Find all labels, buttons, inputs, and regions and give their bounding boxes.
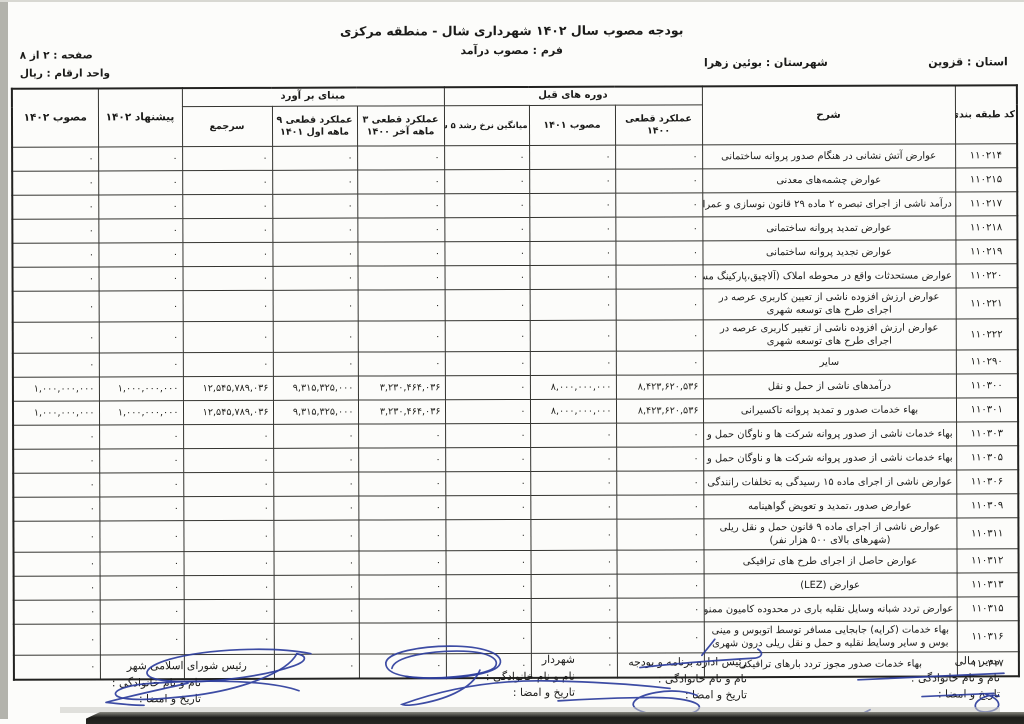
value-cell-actual-9m: ۰ xyxy=(272,242,357,266)
value-cell-actual-9m: ۰ xyxy=(273,496,358,520)
value-cell-actual-3m: ۰ xyxy=(358,448,445,472)
code-cell: ۱۱۰۳۰۱ xyxy=(956,398,1018,422)
value-cell-approved-1402: ۱,۰۰۰,۰۰۰,۰۰۰ xyxy=(13,377,99,401)
value-cell-proposed-1402: ۰ xyxy=(100,576,184,600)
table-row: ۱۱۰۳۰۵ بهاء خدمات ناشی از صدور پروانه شر… xyxy=(13,446,1018,474)
description-cell: عوارض صدور ،تمدید و تعویض گواهینامه xyxy=(703,494,956,519)
value-cell-approved-1402: ۰ xyxy=(12,243,98,267)
value-cell-approved-1401: ۰ xyxy=(529,241,615,265)
value-cell-actual-3m: ۰ xyxy=(359,551,446,575)
value-cell-avg-growth: ۰ xyxy=(445,495,530,519)
value-cell-actual-3m: ۰ xyxy=(358,352,445,376)
description-cell: عوارض ناشی از اجرای ماده ۱۵ رسیدگی به تخ… xyxy=(703,470,956,495)
value-cell-actual-1400: ۰ xyxy=(615,145,702,169)
value-cell-actual-1400: ۰ xyxy=(616,495,703,519)
date-signature-label: تاریخ و امضا : xyxy=(911,686,1000,703)
value-cell-avg-growth: ۰ xyxy=(444,145,529,169)
value-cell-approved-1402: ۰ xyxy=(13,497,99,521)
header-approved-1402: مصوب ۱۴۰۲ xyxy=(12,88,98,147)
value-cell-avg-growth: ۰ xyxy=(445,289,530,320)
value-cell-approved-1402: ۰ xyxy=(13,449,99,473)
value-cell-approved-1402: ۰ xyxy=(14,576,100,600)
page-title: بودجه مصوب سال ۱۴۰۲ شهرداری شال - منطقه … xyxy=(0,21,1024,40)
value-cell-actual-3m: ۰ xyxy=(358,496,445,520)
value-cell-approved-1402: ۰ xyxy=(12,147,98,171)
value-cell-avg-growth: ۰ xyxy=(445,447,530,471)
value-cell-actual-1400: ۰ xyxy=(617,598,704,622)
scanned-budget-page: بودجه مصوب سال ۱۴۰۲ شهرداری شال - منطقه … xyxy=(0,0,1024,724)
table-row: ۱۱۰۳۱۱ عوارض ناشی از اجرای ماده ۹ قانون … xyxy=(13,518,1018,553)
description-cell: درآمدهای ناشی از حمل و نقل xyxy=(703,374,956,399)
value-cell-actual-9m: ۰ xyxy=(272,146,357,170)
header-code: کد طبقه بندی xyxy=(955,85,1017,144)
value-cell-actual-9m: ۰ xyxy=(273,424,358,448)
value-cell-total: ۰ xyxy=(184,575,274,599)
value-cell-proposed-1402: ۰ xyxy=(100,552,184,576)
value-cell-avg-growth: ۰ xyxy=(445,423,530,447)
value-cell-avg-growth: ۰ xyxy=(446,598,531,622)
value-cell-approved-1401: ۰ xyxy=(530,495,616,519)
value-cell-approved-1401: ۰ xyxy=(530,471,616,495)
value-cell-proposed-1402: ۱,۰۰۰,۰۰۰,۰۰۰ xyxy=(99,377,183,401)
value-cell-approved-1402: ۰ xyxy=(13,473,99,497)
value-cell-proposed-1402: ۰ xyxy=(99,353,183,377)
code-cell: ۱۱۰۲۱۷ xyxy=(955,192,1017,216)
table-row: ۱۱۰۳۰۱ بهاء خدمات صدور و تمدید پروانه تا… xyxy=(13,398,1018,426)
value-cell-actual-3m: ۰ xyxy=(357,146,444,170)
code-cell: ۱۱۰۳۰۵ xyxy=(956,446,1018,470)
value-cell-total: ۰ xyxy=(183,496,273,520)
value-cell-total: ۰ xyxy=(184,599,274,623)
page-number: صفحه : ۲ از ۸ xyxy=(20,49,93,61)
value-cell-total: ۰ xyxy=(183,472,273,496)
value-cell-actual-9m: ۰ xyxy=(272,170,357,194)
value-cell-actual-3m: ۳,۲۳۰,۴۶۴,۰۳۶ xyxy=(358,400,445,424)
value-cell-actual-3m: ۰ xyxy=(357,218,444,242)
header-total: سرجمع xyxy=(182,106,272,146)
value-cell-approved-1402: ۰ xyxy=(12,219,98,243)
value-cell-proposed-1402: ۰ xyxy=(100,624,184,655)
description-cell: عوارض تمدید پروانه ساختمانی xyxy=(702,216,955,241)
form-label: فرم : مصوب درآمد xyxy=(0,42,1024,59)
value-cell-approved-1401: ۰ xyxy=(531,550,617,574)
table-row: ۱۱۰۲۲۱ عوارض ارزش افزوده ناشی از تعیین ک… xyxy=(13,288,1018,323)
value-cell-approved-1402: ۰ xyxy=(14,552,100,576)
signature-title: رئیس اداره برنامه و بودجه xyxy=(628,654,747,671)
value-cell-actual-1400: ۰ xyxy=(616,351,703,375)
signature-block-council-head: رئیس شورای اسلامی شهر نام و نام خانوادگی… xyxy=(112,658,247,708)
value-cell-total: ۰ xyxy=(182,170,272,194)
table-row: ۱۱۰۲۱۷ درآمد ناشی از اجرای تبصره ۲ ماده … xyxy=(12,192,1017,220)
description-cell: عوارض ارزش افزوده ناشی از تعیین کاربری ع… xyxy=(703,288,956,320)
table-row: ۱۱۰۳۱۲ عوارض حاصل از اجرای طرح های ترافی… xyxy=(14,549,1019,577)
value-cell-actual-3m: ۰ xyxy=(357,170,444,194)
value-cell-avg-growth: ۰ xyxy=(445,320,530,351)
value-cell-proposed-1402: ۰ xyxy=(99,322,183,353)
value-cell-avg-growth: ۰ xyxy=(444,217,529,241)
value-cell-approved-1402: ۰ xyxy=(13,291,99,322)
value-cell-proposed-1402: ۰ xyxy=(99,473,183,497)
value-cell-proposed-1402: ۰ xyxy=(98,171,182,195)
code-cell: ۱۱۰۲۱۸ xyxy=(955,216,1017,240)
value-cell-avg-growth: ۰ xyxy=(446,550,531,574)
description-cell: درآمد ناشی از اجرای تبصره ۲ ماده ۲۹ قانو… xyxy=(702,192,955,217)
date-signature-label: تاریخ و امضا : xyxy=(112,691,201,708)
value-cell-approved-1402: ۱,۰۰۰,۰۰۰,۰۰۰ xyxy=(13,401,99,425)
value-cell-approved-1401: ۰ xyxy=(529,193,615,217)
value-cell-proposed-1402: ۰ xyxy=(99,521,183,552)
value-cell-approved-1402: ۰ xyxy=(14,600,100,624)
scan-edge-left xyxy=(0,0,8,719)
value-cell-avg-growth: ۰ xyxy=(446,574,531,598)
value-cell-total: ۰ xyxy=(182,194,272,218)
value-cell-approved-1401: ۰ xyxy=(530,423,616,447)
value-cell-actual-9m: ۰ xyxy=(273,321,358,352)
value-cell-approved-1401: ۰ xyxy=(530,447,616,471)
value-cell-proposed-1402: ۰ xyxy=(99,449,183,473)
value-cell-avg-growth: ۰ xyxy=(445,351,530,375)
description-cell: عوارض ناشی از اجرای ماده ۹ قانون حمل و ن… xyxy=(703,518,956,550)
name-label: نام و نام خانوادگی : xyxy=(486,668,575,685)
table-row: ۱۱۰۳۱۳ عوارض (LEZ) ۰ ۰ ۰ ۰ ۰ ۰ ۰ ۰ xyxy=(14,573,1019,601)
value-cell-proposed-1402: ۰ xyxy=(98,195,182,219)
code-cell: ۱۱۰۳۱۶ xyxy=(957,621,1019,652)
value-cell-actual-3m: ۰ xyxy=(359,575,446,599)
value-cell-proposed-1402: ۰ xyxy=(98,147,182,171)
value-cell-actual-3m: ۰ xyxy=(357,194,444,218)
county-label: شهرستان : بوئین زهرا xyxy=(704,56,828,69)
table-row: ۱۱۰۲۲۰ عوارض مستحدثات واقع در محوطه املا… xyxy=(13,264,1018,292)
value-cell-actual-3m: ۰ xyxy=(358,424,445,448)
document-content: بودجه مصوب سال ۱۴۰۲ شهرداری شال - منطقه … xyxy=(0,0,1024,724)
value-cell-total: ۰ xyxy=(183,352,273,376)
value-cell-actual-9m: ۰ xyxy=(272,218,357,242)
value-cell-total: ۱۲,۵۴۵,۷۸۹,۰۳۶ xyxy=(183,400,273,424)
value-cell-proposed-1402: ۰ xyxy=(98,243,182,267)
table-row: ۱۱۰۲۱۵ عوارض چشمه‌های معدنی ۰ ۰ ۰ ۰ ۰ ۰ … xyxy=(12,168,1017,196)
value-cell-approved-1401: ۰ xyxy=(529,217,615,241)
scan-edge-bottom xyxy=(86,712,1024,724)
code-cell: ۱۱۰۳۰۶ xyxy=(956,470,1018,494)
description-cell: عوارض حاصل از اجرای طرح های ترافیکی xyxy=(704,549,957,574)
value-cell-actual-1400: ۰ xyxy=(616,519,703,550)
value-cell-actual-3m: ۰ xyxy=(358,266,445,290)
code-cell: ۱۱۰۲۱۵ xyxy=(955,168,1017,192)
table-row: ۱۱۰۲۱۴ عوارض آتش نشانی در هنگام صدور پرو… xyxy=(12,144,1017,172)
description-cell: عوارض مستحدثات واقع در محوطه املاک (آلاچ… xyxy=(703,264,956,289)
description-cell: بهاء خدمات (کرایه) جابجایی مسافر توسط ات… xyxy=(704,621,957,653)
value-cell-actual-1400: ۰ xyxy=(617,622,704,653)
value-cell-approved-1401: ۰ xyxy=(529,145,615,169)
code-cell: ۱۱۰۲۱۴ xyxy=(955,144,1017,168)
date-signature-label: تاریخ و امضا : xyxy=(628,687,747,704)
table-row: ۱۱۰۲۲۲ عوارض ارزش افزوده ناشی از تغییر ک… xyxy=(13,319,1018,354)
value-cell-total: ۰ xyxy=(183,448,273,472)
signature-title: مدیر مالی xyxy=(911,653,1000,670)
value-cell-proposed-1402: ۰ xyxy=(99,497,183,521)
value-cell-actual-9m: ۰ xyxy=(274,623,359,654)
table-row: ۱۱۰۳۰۹ عوارض صدور ،تمدید و تعویض گواهینا… xyxy=(13,494,1018,522)
value-cell-approved-1402: ۰ xyxy=(13,353,99,377)
value-cell-actual-1400: ۰ xyxy=(617,550,704,574)
value-cell-actual-3m: ۰ xyxy=(358,472,445,496)
signature-block-mayor: شهردار نام و نام خانوادگی : تاریخ و امضا… xyxy=(486,652,575,702)
description-cell: عوارض (LEZ) xyxy=(704,573,957,598)
description-cell: عوارض تجدید پروانه ساختمانی xyxy=(702,240,955,265)
value-cell-total: ۰ xyxy=(182,218,272,242)
description-cell: سایر xyxy=(703,350,956,375)
value-cell-actual-3m: ۰ xyxy=(358,520,445,551)
value-cell-actual-9m: ۰ xyxy=(273,266,358,290)
name-label: نام و نام خانوادگی : xyxy=(628,671,747,688)
value-cell-proposed-1402: ۰ xyxy=(99,425,183,449)
signature-title: رئیس شورای اسلامی شهر xyxy=(112,658,247,675)
value-cell-approved-1401: ۰ xyxy=(530,320,616,351)
header-description: شرح xyxy=(702,85,955,144)
value-cell-actual-1400: ۰ xyxy=(616,289,703,320)
value-cell-actual-1400: ۰ xyxy=(616,265,703,289)
signature-block-budget-office-head: رئیس اداره برنامه و بودجه نام و نام خانو… xyxy=(628,654,747,704)
value-cell-actual-1400: ۰ xyxy=(617,574,704,598)
value-cell-proposed-1402: ۰ xyxy=(99,267,183,291)
value-cell-actual-9m: ۰ xyxy=(272,194,357,218)
value-cell-actual-3m: ۳,۲۳۰,۴۶۴,۰۳۶ xyxy=(358,376,445,400)
value-cell-total: ۰ xyxy=(183,424,273,448)
value-cell-total: ۰ xyxy=(182,146,272,170)
scan-edge-top xyxy=(0,0,1024,2)
value-cell-approved-1402: ۰ xyxy=(14,624,100,655)
value-cell-total: ۰ xyxy=(183,520,273,551)
value-cell-avg-growth: ۰ xyxy=(445,399,530,423)
value-cell-actual-9m: ۹,۳۱۵,۳۲۵,۰۰۰ xyxy=(273,400,358,424)
value-cell-actual-1400: ۰ xyxy=(616,423,703,447)
value-cell-actual-9m: ۰ xyxy=(274,654,359,679)
code-cell: ۱۱۰۳۰۳ xyxy=(956,422,1018,446)
value-cell-actual-9m: ۹,۳۱۵,۳۲۵,۰۰۰ xyxy=(273,376,358,400)
code-cell: ۱۱۰۳۱۵ xyxy=(957,597,1019,621)
value-cell-actual-3m: ۰ xyxy=(359,599,446,623)
code-cell: ۱۱۰۳۰۰ xyxy=(956,374,1018,398)
table-row: ۱۱۰۳۰۶ عوارض ناشی از اجرای ماده ۱۵ رسیدگ… xyxy=(13,470,1018,498)
date-signature-label: تاریخ و امضا : xyxy=(486,685,575,702)
value-cell-approved-1401: ۰ xyxy=(531,622,617,653)
value-cell-approved-1401: ۰ xyxy=(530,289,616,320)
value-cell-avg-growth: ۰ xyxy=(444,193,529,217)
header-actual-1400: عملکرد قطعی ۱۴۰۰ xyxy=(615,105,702,145)
budget-table: کد طبقه بندی شرح دوره های قبل مبنای بر آ… xyxy=(11,84,1020,681)
description-cell: عوارض آتش نشانی در هنگام صدور پروانه ساخ… xyxy=(702,144,955,169)
value-cell-actual-1400: ۸,۴۲۳,۶۲۰,۵۳۶ xyxy=(616,375,703,399)
value-cell-approved-1402: ۰ xyxy=(14,655,100,680)
budget-table-body: ۱۱۰۲۱۴ عوارض آتش نشانی در هنگام صدور پرو… xyxy=(12,144,1019,680)
value-cell-approved-1402: ۰ xyxy=(13,425,99,449)
value-cell-proposed-1402: ۱,۰۰۰,۰۰۰,۰۰۰ xyxy=(99,401,183,425)
value-cell-actual-9m: ۰ xyxy=(273,520,358,551)
value-cell-actual-3m: ۰ xyxy=(359,623,446,654)
value-cell-avg-growth: ۰ xyxy=(445,375,530,399)
unit-label: واحد ارقام : ریال xyxy=(20,67,110,79)
value-cell-approved-1402: ۰ xyxy=(13,267,99,291)
value-cell-total: ۱۲,۵۴۵,۷۸۹,۰۳۶ xyxy=(183,376,273,400)
name-label: نام و نام خانوادگی : xyxy=(112,675,201,692)
table-row: ۱۱۰۳۱۵ عوارض تردد شبانه وسایل نقلیه باری… xyxy=(14,597,1019,625)
description-cell: بهاء خدمات ناشی از صدور پروانه شرکت ها و… xyxy=(703,422,956,447)
value-cell-actual-3m: ۰ xyxy=(357,242,444,266)
value-cell-actual-3m: ۰ xyxy=(358,290,445,321)
table-row: ۱۱۰۲۱۸ عوارض تمدید پروانه ساختمانی ۰ ۰ ۰… xyxy=(12,216,1017,244)
value-cell-total: ۰ xyxy=(183,321,273,352)
header-avg-growth-5y: میانگین نرخ رشد ۵ ساله xyxy=(444,105,529,145)
value-cell-approved-1402: ۰ xyxy=(13,521,99,552)
value-cell-actual-9m: ۰ xyxy=(274,575,359,599)
value-cell-proposed-1402: ۰ xyxy=(98,219,182,243)
table-row: ۱۱۰۲۹۰ سایر ۰ ۰ ۰ ۰ ۰ ۰ ۰ ۰ xyxy=(13,350,1018,378)
code-cell: ۱۱۰۲۹۰ xyxy=(956,350,1018,374)
value-cell-approved-1401: ۰ xyxy=(531,574,617,598)
description-cell: بهاء خدمات صدور و تمدید پروانه تاکسیرانی xyxy=(703,398,956,423)
code-cell: ۱۱۰۳۱۱ xyxy=(956,518,1018,549)
header-actual-3m-end-1400: عملکرد قطعی ۳ ماهه آخر ۱۴۰۰ xyxy=(357,106,444,146)
code-cell: ۱۱۰۳۰۹ xyxy=(956,494,1018,518)
value-cell-avg-growth: ۰ xyxy=(445,471,530,495)
value-cell-total: ۰ xyxy=(184,551,274,575)
value-cell-approved-1401: ۰ xyxy=(530,519,616,550)
table-row: ۱۱۰۳۱۶ بهاء خدمات (کرایه) جابجایی مسافر … xyxy=(14,621,1019,656)
code-cell: ۱۱۰۲۱۹ xyxy=(955,240,1017,264)
description-cell: عوارض تردد شبانه وسایل نقلیه باری در محد… xyxy=(704,597,957,622)
value-cell-actual-9m: ۰ xyxy=(273,472,358,496)
value-cell-actual-1400: ۰ xyxy=(615,241,702,265)
header-prev-periods-group: دوره های قبل xyxy=(444,86,702,105)
code-cell: ۱۱۰۳۱۲ xyxy=(957,549,1019,573)
value-cell-avg-growth: ۰ xyxy=(446,622,531,653)
code-cell: ۱۱۰۳۱۳ xyxy=(957,573,1019,597)
value-cell-approved-1402: ۰ xyxy=(12,195,98,219)
table-row: ۱۱۰۳۰۳ بهاء خدمات ناشی از صدور پروانه شر… xyxy=(13,422,1018,450)
value-cell-total: ۰ xyxy=(183,290,273,321)
value-cell-avg-growth: ۰ xyxy=(445,519,530,550)
value-cell-proposed-1402: ۰ xyxy=(99,291,183,322)
value-cell-actual-1400: ۰ xyxy=(616,447,703,471)
value-cell-approved-1401: ۸,۰۰۰,۰۰۰,۰۰۰ xyxy=(530,375,616,399)
header-approved-1401: مصوب ۱۴۰۱ xyxy=(529,105,615,145)
description-cell: عوارض ارزش افزوده ناشی از تغییر کاربری ع… xyxy=(703,319,956,351)
value-cell-actual-9m: ۰ xyxy=(273,352,358,376)
value-cell-actual-9m: ۰ xyxy=(273,448,358,472)
value-cell-approved-1401: ۸,۰۰۰,۰۰۰,۰۰۰ xyxy=(530,399,616,423)
table-row: ۱۱۰۲۱۹ عوارض تجدید پروانه ساختمانی ۰ ۰ ۰… xyxy=(12,240,1017,268)
code-cell: ۱۱۰۲۲۲ xyxy=(956,319,1018,350)
header-estimate-basis-group: مبنای بر آورد xyxy=(182,87,444,106)
table-row: ۱۱۰۳۰۰ درآمدهای ناشی از حمل و نقل ۸,۴۲۳,… xyxy=(13,374,1018,402)
value-cell-actual-1400: ۰ xyxy=(616,320,703,351)
value-cell-approved-1401: ۰ xyxy=(529,169,615,193)
value-cell-total: ۰ xyxy=(183,266,273,290)
value-cell-approved-1402: ۰ xyxy=(13,322,99,353)
value-cell-total: ۰ xyxy=(184,623,274,654)
value-cell-actual-1400: ۰ xyxy=(616,471,703,495)
value-cell-actual-9m: ۰ xyxy=(274,551,359,575)
code-cell: ۱۱۰۲۲۰ xyxy=(956,264,1018,288)
signature-block-finance-manager: مدیر مالی نام و نام خانوادگی : تاریخ و ا… xyxy=(911,653,1000,703)
signature-title: شهردار xyxy=(486,652,575,669)
value-cell-avg-growth: ۰ xyxy=(444,241,529,265)
value-cell-total: ۰ xyxy=(182,242,272,266)
value-cell-approved-1401: ۰ xyxy=(531,598,617,622)
value-cell-avg-growth: ۰ xyxy=(444,169,529,193)
value-cell-actual-3m: ۰ xyxy=(358,321,445,352)
description-cell: عوارض چشمه‌های معدنی xyxy=(702,168,955,193)
value-cell-actual-1400: ۰ xyxy=(615,193,702,217)
value-cell-actual-3m: ۰ xyxy=(359,654,446,679)
code-cell: ۱۱۰۲۲۱ xyxy=(956,288,1018,319)
header-proposed-1402: پیشنهاد ۱۴۰۲ xyxy=(98,88,182,147)
value-cell-avg-growth: ۰ xyxy=(445,265,530,289)
value-cell-actual-1400: ۸,۴۲۳,۶۲۰,۵۳۶ xyxy=(616,399,703,423)
value-cell-proposed-1402: ۰ xyxy=(100,600,184,624)
value-cell-approved-1401: ۰ xyxy=(530,351,616,375)
name-label: نام و نام خانوادگی : xyxy=(911,670,1000,687)
value-cell-approved-1401: ۰ xyxy=(530,265,616,289)
value-cell-approved-1402: ۰ xyxy=(12,171,98,195)
description-cell: بهاء خدمات ناشی از صدور پروانه شرکت ها و… xyxy=(703,446,956,471)
value-cell-actual-9m: ۰ xyxy=(273,290,358,321)
value-cell-actual-1400: ۰ xyxy=(615,169,702,193)
value-cell-actual-1400: ۰ xyxy=(615,217,702,241)
province-label: استان : قزوین xyxy=(928,55,1008,68)
header-actual-9m-first-1401: عملکرد قطعی ۹ ماهه اول ۱۴۰۱ xyxy=(272,106,357,146)
value-cell-actual-9m: ۰ xyxy=(274,599,359,623)
